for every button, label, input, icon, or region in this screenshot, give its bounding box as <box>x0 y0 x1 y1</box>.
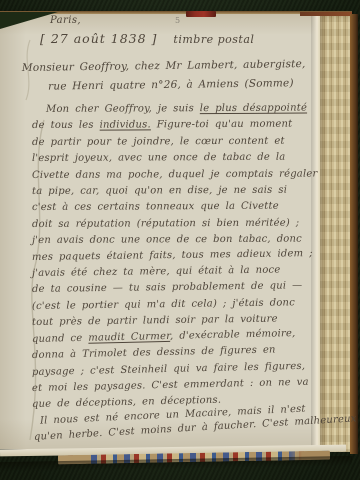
page-stack-top-line <box>300 12 352 16</box>
body-line: de tous les individus. Figure-toi qu'au … <box>32 117 332 135</box>
marbled-edge-patch <box>186 11 216 17</box>
postmark-note: timbre postal <box>173 33 254 46</box>
letter-date: [ 27 août 1838 ] <box>40 31 157 46</box>
body-line: de partir pour te joindre, le cœur conte… <box>32 133 332 151</box>
cover-board <box>350 14 358 454</box>
letter-place: Paris, <box>50 15 81 26</box>
body-line: doit sa réputation (réputation si bien m… <box>32 215 332 233</box>
body-line: l'esprit joyeux, avec une once de tabac … <box>32 150 332 168</box>
photo-backdrop: Paris, 5 [ 27 août 1838 ]timbre postal M… <box>0 0 360 480</box>
pencil-annotation: 5 <box>175 16 180 25</box>
body-line: Civette dans ma poche, duquel je comptai… <box>32 166 332 184</box>
letter-body: Mon cher Geoffroy, je suis le plus désap… <box>32 102 332 447</box>
address-line: rue Henri quatre n°26, à Amiens (Somme) <box>22 74 306 97</box>
address-block: Monsieur Geoffroy, chez Mr Lambert, aube… <box>22 55 306 97</box>
body-line: c'est à ces certains tonneaux que la Civ… <box>32 199 332 217</box>
letter-date-line: [ 27 août 1838 ]timbre postal <box>40 31 254 46</box>
